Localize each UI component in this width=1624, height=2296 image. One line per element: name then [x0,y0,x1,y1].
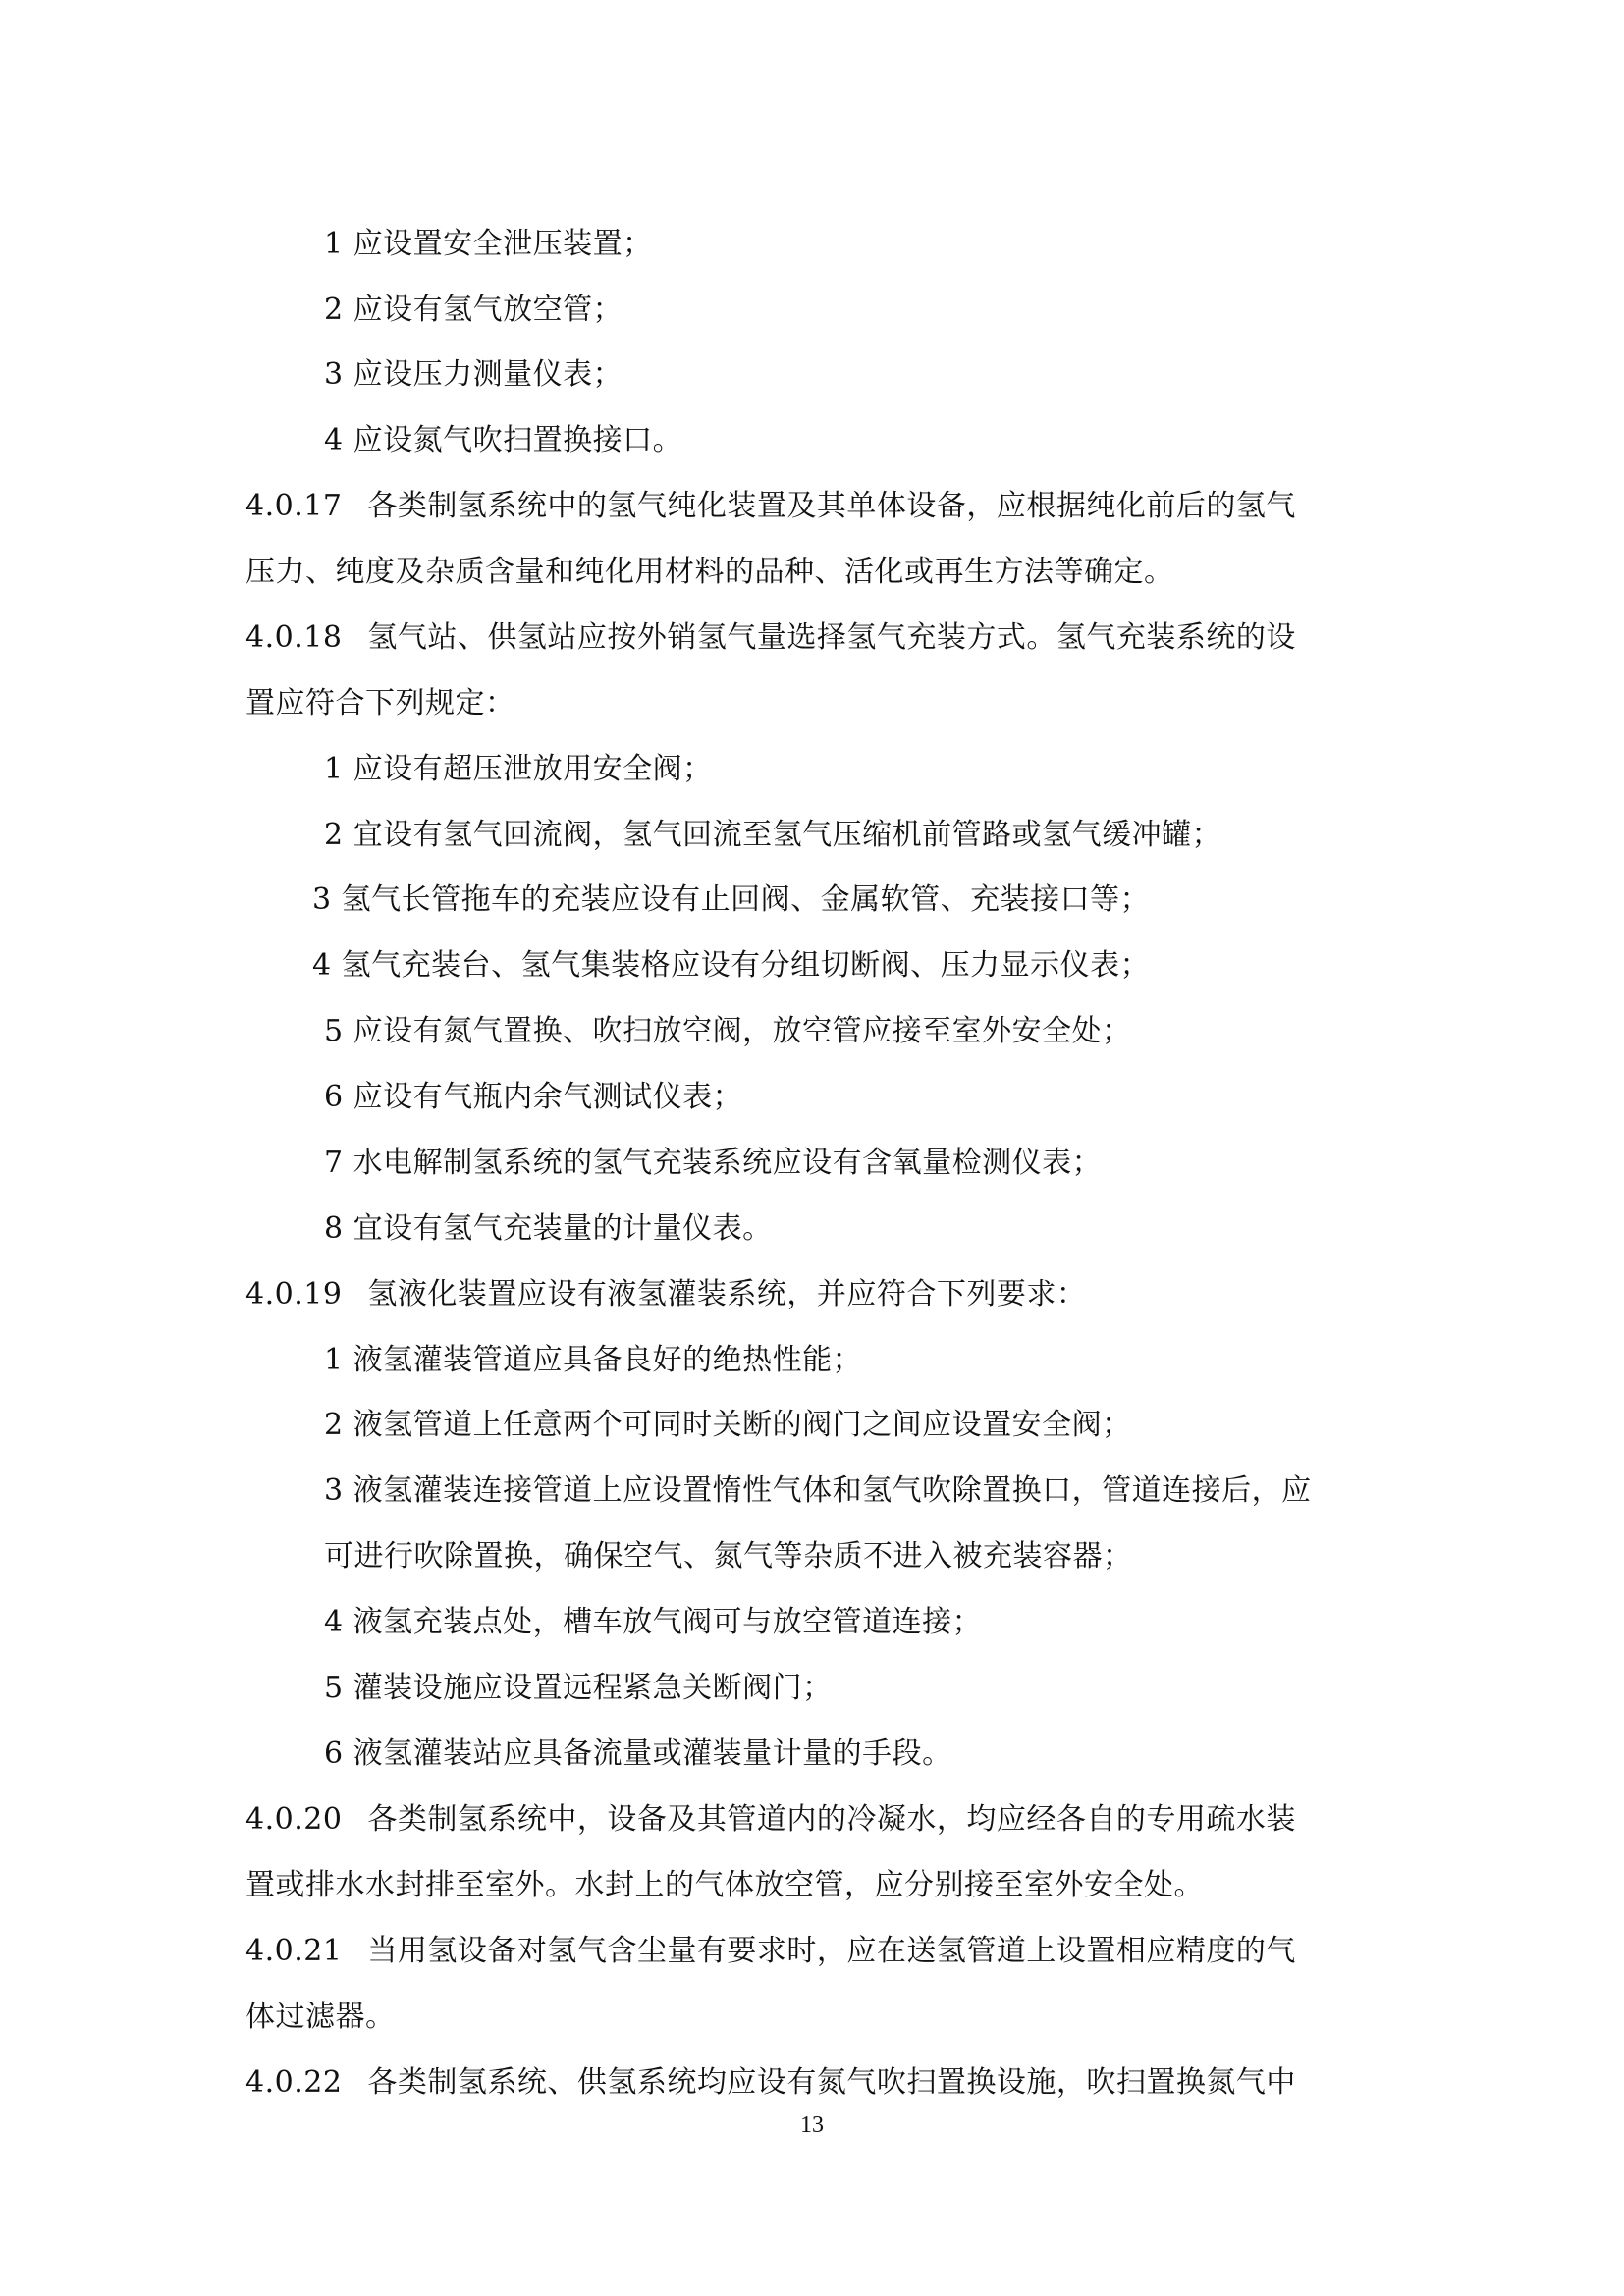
list-item: 1 应设有超压泄放用安全阀； [324,750,1473,789]
list-item: 4 应设氮气吹扫置换接口。 [324,421,1473,460]
list-item: 2 宜设有氢气回流阀，氢气回流至氢气压缩机前管路或氢气缓冲罐； [324,816,1473,855]
list-item: 1 液氢灌装管道应具备良好的绝热性能； [324,1341,1473,1380]
clause-number: 4.0.20 [245,1800,342,1840]
paragraph-continuation: 置应符合下列规定： [245,684,1394,723]
list-item: 5 应设有氮气置换、吹扫放空阀，放空管应接至室外安全处； [324,1012,1473,1051]
list-item-continuation: 可进行吹除置换，确保空气、氮气等杂质不进入被充装容器； [324,1537,1473,1576]
clause-number: 4.0.21 [245,1932,342,1971]
list-item: 6 应设有气瓶内余气测试仪表； [324,1078,1473,1117]
page-number: 13 [0,2112,1624,2139]
clause-4-0-20: 4.0.20各类制氢系统中，设备及其管道内的冷凝水，均应经各自的专用疏水装 [245,1800,1394,1840]
document-page: 1 应设置安全泄压装置； 2 应设有氢气放空管； 3 应设压力测量仪表； 4 应… [0,0,1624,2296]
list-item: 5 灌装设施应设置远程紧急关断阀门； [324,1669,1473,1708]
clause-number: 4.0.22 [245,2063,342,2103]
clause-number: 4.0.17 [245,487,342,526]
clause-text: 氢气站、供氢站应按外销氢气量选择氢气充装方式。氢气充装系统的设 [367,620,1296,655]
clause-4-0-18: 4.0.18氢气站、供氢站应按外销氢气量选择氢气充装方式。氢气充装系统的设 [245,618,1394,658]
list-item: 6 液氢灌装站应具备流量或灌装量计量的手段。 [324,1735,1473,1774]
list-item: 2 液氢管道上任意两个可同时关断的阀门之间应设置安全阀； [324,1406,1473,1445]
list-item: 4 氢气充装台、氢气集装格应设有分组切断阀、压力显示仪表； [312,946,1461,986]
clause-4-0-17: 4.0.17各类制氢系统中的氢气纯化装置及其单体设备，应根据纯化前后的氢气 [245,487,1394,526]
clause-4-0-19: 4.0.19氢液化装置应设有液氢灌装系统，并应符合下列要求： [245,1275,1394,1314]
list-item: 3 液氢灌装连接管道上应设置惰性气体和氢气吹除置换口，管道连接后，应 [324,1471,1473,1511]
list-item: 2 应设有氢气放空管； [324,291,1473,330]
list-item: 7 水电解制氢系统的氢气充装系统应设有含氧量检测仪表； [324,1144,1473,1183]
clause-4-0-21: 4.0.21当用氢设备对氢气含尘量有要求时，应在送氢管道上设置相应精度的气 [245,1932,1394,1971]
clause-4-0-22: 4.0.22各类制氢系统、供氢系统均应设有氮气吹扫置换设施，吹扫置换氮气中 [245,2063,1394,2103]
list-item: 8 宜设有氢气充装量的计量仪表。 [324,1209,1473,1249]
list-item: 4 液氢充装点处，槽车放气阀可与放空管道连接； [324,1603,1473,1642]
clause-text: 氢液化装置应设有液氢灌装系统，并应符合下列要求： [367,1277,1086,1311]
paragraph-continuation: 压力、纯度及杂质含量和纯化用材料的品种、活化或再生方法等确定。 [245,553,1394,592]
clause-text: 各类制氢系统、供氢系统均应设有氮气吹扫置换设施，吹扫置换氮气中 [367,2065,1296,2100]
paragraph-continuation: 体过滤器。 [245,1998,1394,2037]
clause-number: 4.0.19 [245,1275,342,1314]
clause-text: 各类制氢系统中的氢气纯化装置及其单体设备，应根据纯化前后的氢气 [367,489,1296,523]
paragraph-continuation: 置或排水水封排至室外。水封上的气体放空管，应分别接至室外安全处。 [245,1866,1394,1905]
clause-text: 当用氢设备对氢气含尘量有要求时，应在送氢管道上设置相应精度的气 [367,1934,1296,1968]
list-item: 1 应设置安全泄压装置； [324,225,1473,264]
clause-number: 4.0.18 [245,618,342,658]
clause-text: 各类制氢系统中，设备及其管道内的冷凝水，均应经各自的专用疏水装 [367,1802,1296,1837]
list-item: 3 氢气长管拖车的充装应设有止回阀、金属软管、充装接口等； [312,881,1461,920]
list-item: 3 应设压力测量仪表； [324,355,1473,395]
